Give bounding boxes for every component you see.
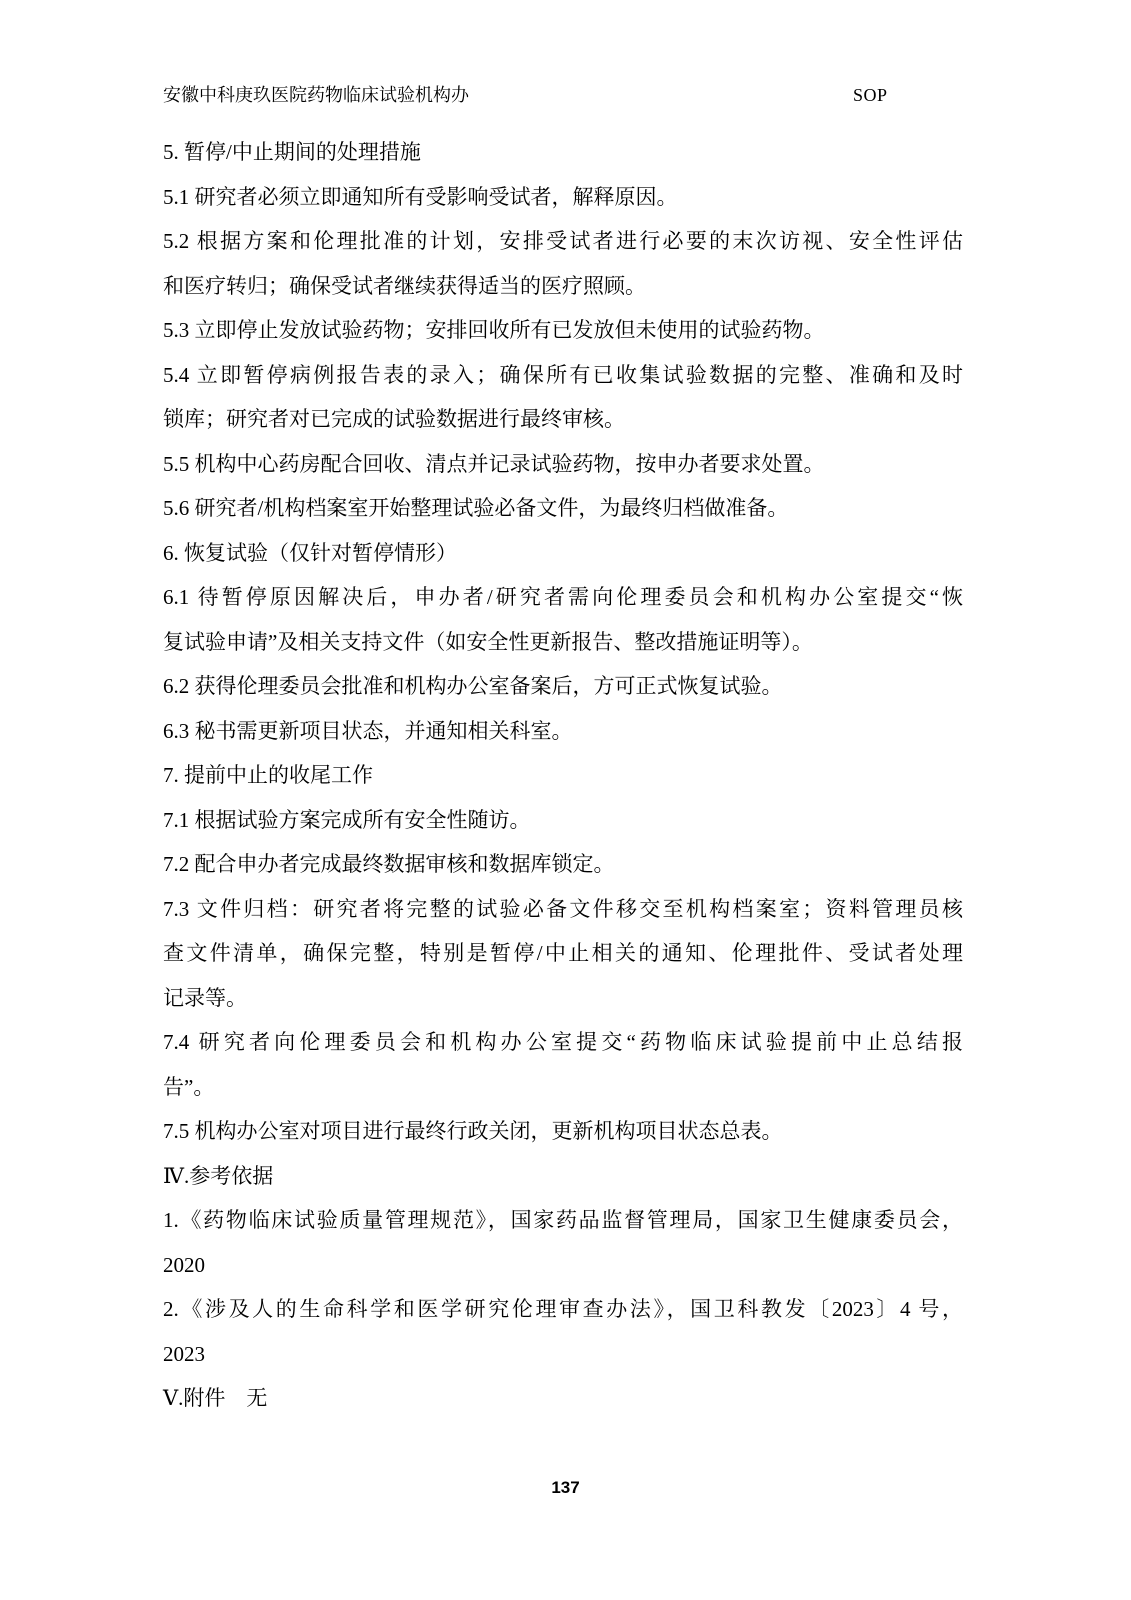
paragraph: 6.3 秘书需更新项目状态，并通知相关科室。 [163, 709, 963, 754]
text-line: 5.5 机构中心药房配合回收、清点并记录试验药物，按申办者要求处置。 [163, 442, 963, 487]
text-line: 和医疗转归；确保受试者继续获得适当的医疗照顾。 [163, 264, 963, 309]
text-line: 6.3 秘书需更新项目状态，并通知相关科室。 [163, 709, 963, 754]
text-line: 7.5 机构办公室对项目进行最终行政关闭，更新机构项目状态总表。 [163, 1109, 963, 1154]
paragraph: Ⅳ.参考依据 [163, 1154, 963, 1199]
paragraph: 7.1 根据试验方案完成所有安全性随访。 [163, 798, 963, 843]
page-footer: 137 [0, 1477, 1131, 1499]
text-line: 2023 [163, 1332, 963, 1377]
text-line: Ⅴ.附件 无 [163, 1376, 963, 1421]
document-page: 安徽中科庚玖医院药物临床试验机构办 SOP 5. 暂停/中止期间的处理措施5.1… [0, 0, 1131, 1600]
text-line: 告”。 [163, 1065, 963, 1110]
text-line: 5.4 立即暂停病例报告表的录入；确保所有已收集试验数据的完整、准确和及时 [163, 353, 963, 398]
text-line: 5.2 根据方案和伦理批准的计划，安排受试者进行必要的末次访视、安全性评估 [163, 219, 963, 264]
paragraph: 5.3 立即停止发放试验药物；安排回收所有已发放但未使用的试验药物。 [163, 308, 963, 353]
text-line: 7.1 根据试验方案完成所有安全性随访。 [163, 798, 963, 843]
text-line: 查文件清单，确保完整，特别是暂停/中止相关的通知、伦理批件、受试者处理 [163, 931, 963, 976]
paragraph: 5.4 立即暂停病例报告表的录入；确保所有已收集试验数据的完整、准确和及时锁库；… [163, 353, 963, 442]
text-line: 2.《涉及人的生命科学和医学研究伦理审查办法》，国卫科教发〔2023〕4 号， [163, 1287, 963, 1332]
document-body: 5. 暂停/中止期间的处理措施5.1 研究者必须立即通知所有受影响受试者，解释原… [163, 130, 963, 1421]
text-line: 5.3 立即停止发放试验药物；安排回收所有已发放但未使用的试验药物。 [163, 308, 963, 353]
paragraph: 5.6 研究者/机构档案室开始整理试验必备文件，为最终归档做准备。 [163, 486, 963, 531]
text-line: 2020 [163, 1243, 963, 1288]
text-line: Ⅳ.参考依据 [163, 1154, 963, 1199]
paragraph: 6.2 获得伦理委员会批准和机构办公室备案后，方可正式恢复试验。 [163, 664, 963, 709]
text-line: 7.3 文件归档：研究者将完整的试验必备文件移交至机构档案室；资料管理员核 [163, 887, 963, 932]
header-doc-type-label: SOP [853, 84, 888, 106]
text-line: 7.4 研究者向伦理委员会和机构办公室提交“药物临床试验提前中止总结报 [163, 1020, 963, 1065]
text-line: 5.1 研究者必须立即通知所有受影响受试者，解释原因。 [163, 175, 963, 220]
paragraph: 6. 恢复试验（仅针对暂停情形） [163, 531, 963, 576]
text-line: 1.《药物临床试验质量管理规范》，国家药品监督管理局，国家卫生健康委员会， [163, 1198, 963, 1243]
paragraph: 5.1 研究者必须立即通知所有受影响受试者，解释原因。 [163, 175, 963, 220]
paragraph: 5. 暂停/中止期间的处理措施 [163, 130, 963, 175]
text-line: 5.6 研究者/机构档案室开始整理试验必备文件，为最终归档做准备。 [163, 486, 963, 531]
paragraph: 5.5 机构中心药房配合回收、清点并记录试验药物，按申办者要求处置。 [163, 442, 963, 487]
text-line: 5. 暂停/中止期间的处理措施 [163, 130, 963, 175]
paragraph: 7.2 配合申办者完成最终数据审核和数据库锁定。 [163, 842, 963, 887]
paragraph: 2.《涉及人的生命科学和医学研究伦理审查办法》，国卫科教发〔2023〕4 号，2… [163, 1287, 963, 1376]
paragraph: 5.2 根据方案和伦理批准的计划，安排受试者进行必要的末次访视、安全性评估和医疗… [163, 219, 963, 308]
page-number: 137 [551, 1478, 579, 1497]
header-institution-title: 安徽中科庚玖医院药物临床试验机构办 [163, 84, 469, 106]
paragraph: 7.5 机构办公室对项目进行最终行政关闭，更新机构项目状态总表。 [163, 1109, 963, 1154]
text-line: 复试验申请”及相关支持文件（如安全性更新报告、整改措施证明等）。 [163, 620, 963, 665]
text-line: 6. 恢复试验（仅针对暂停情形） [163, 531, 963, 576]
text-line: 7. 提前中止的收尾工作 [163, 753, 963, 798]
text-line: 7.2 配合申办者完成最终数据审核和数据库锁定。 [163, 842, 963, 887]
paragraph: Ⅴ.附件 无 [163, 1376, 963, 1421]
paragraph: 1.《药物临床试验质量管理规范》，国家药品监督管理局，国家卫生健康委员会，202… [163, 1198, 963, 1287]
paragraph: 7. 提前中止的收尾工作 [163, 753, 963, 798]
page-header: 安徽中科庚玖医院药物临床试验机构办 SOP [163, 84, 965, 110]
paragraph: 6.1 待暂停原因解决后，申办者/研究者需向伦理委员会和机构办公室提交“恢复试验… [163, 575, 963, 664]
text-line: 6.2 获得伦理委员会批准和机构办公室备案后，方可正式恢复试验。 [163, 664, 963, 709]
text-line: 记录等。 [163, 976, 963, 1021]
text-line: 锁库；研究者对已完成的试验数据进行最终审核。 [163, 397, 963, 442]
text-line: 6.1 待暂停原因解决后，申办者/研究者需向伦理委员会和机构办公室提交“恢 [163, 575, 963, 620]
paragraph: 7.3 文件归档：研究者将完整的试验必备文件移交至机构档案室；资料管理员核查文件… [163, 887, 963, 1021]
paragraph: 7.4 研究者向伦理委员会和机构办公室提交“药物临床试验提前中止总结报告”。 [163, 1020, 963, 1109]
